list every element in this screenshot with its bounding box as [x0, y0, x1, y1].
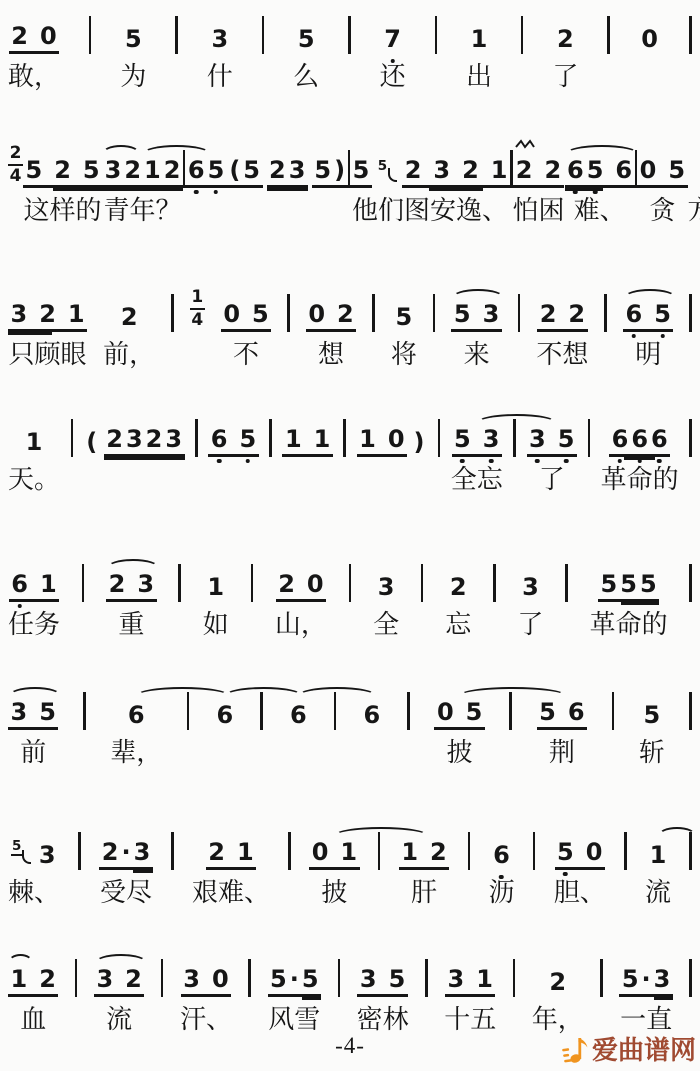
barline: [509, 692, 512, 730]
note-column: 56荆: [537, 684, 587, 768]
note-column: 05贪: [637, 142, 687, 226]
note-group: 61: [9, 556, 59, 602]
barline: [175, 16, 178, 54]
note-chars: (5: [227, 158, 263, 188]
note-part: 21: [206, 840, 256, 870]
music-note-icon: [561, 1034, 589, 1064]
note-part: 31: [445, 967, 495, 997]
note-digit: 6: [209, 427, 229, 451]
time-signature: 24: [8, 142, 23, 226]
note-digit: 6: [650, 427, 670, 451]
note-chars: 23: [106, 572, 156, 602]
barline: [82, 564, 85, 602]
lyric: 斩: [639, 738, 665, 768]
note-group: 22: [537, 286, 587, 332]
barline: [607, 16, 610, 54]
note-chars: 3: [375, 575, 397, 602]
note-digit: 3: [481, 427, 501, 451]
barline: [521, 16, 524, 54]
note-column: 3全: [373, 556, 399, 640]
note-group: 5: [393, 286, 415, 332]
note-part: 5·3: [619, 967, 673, 997]
note-chars: 656: [565, 158, 635, 188]
note-group: 12: [8, 951, 58, 997]
note-digit: 6: [630, 427, 650, 451]
note-column: 321只顾眼: [8, 286, 87, 370]
note-column: 6沥: [488, 824, 514, 908]
note-chars: 3: [36, 843, 58, 870]
note-part: 11: [282, 427, 332, 457]
note-part: 2: [547, 970, 569, 997]
note-digit: 2: [336, 302, 356, 326]
note-digit: 1: [283, 427, 303, 451]
note-column: 656难、: [565, 142, 635, 226]
note-part: 2321: [402, 158, 510, 188]
note-chars: 53: [452, 427, 502, 457]
note-part: 61: [9, 572, 59, 602]
note-column: 5·3一直: [619, 951, 673, 1035]
barline: [689, 294, 692, 332]
note-part: 6: [491, 843, 513, 870]
note-part: 65: [185, 158, 226, 188]
note-group: 5: [641, 684, 663, 730]
barline: [260, 692, 263, 730]
note-column: 2·3受尽: [99, 824, 153, 908]
note-group: 05: [637, 142, 687, 188]
note-digit: 1: [489, 158, 509, 182]
score-line: 1天。(2323651110)53全忘35了666革命的: [8, 411, 692, 495]
note-digit: 2: [10, 24, 30, 48]
note-part: 56: [537, 700, 587, 730]
note-part: 23: [267, 158, 308, 188]
note-chars: 1: [468, 27, 490, 54]
note-digit: 2: [123, 158, 143, 182]
note-column: 1天。: [8, 411, 60, 495]
note-group: 5: [295, 8, 317, 54]
note-group: 56: [537, 684, 587, 730]
note-group: 2: [447, 556, 469, 602]
barline: [171, 294, 174, 332]
lyric: 出: [466, 62, 492, 92]
barline: [171, 832, 174, 870]
note-group: 23: [106, 556, 156, 602]
note-part: 321: [8, 302, 87, 332]
note-part: 656: [565, 158, 635, 188]
note-column: 61任务: [8, 556, 60, 640]
note-digit: 3: [9, 700, 29, 724]
note-chars: 02: [306, 302, 356, 332]
note-digit: 6: [126, 703, 146, 727]
note-chars: 525: [23, 158, 102, 188]
grace-digit: 5: [11, 840, 22, 857]
lyric: 难、: [574, 196, 626, 226]
score-line: 20敢，5为3什5么7还1出2了0: [8, 8, 692, 92]
note-part: 5: [393, 305, 415, 332]
note-part: 20: [276, 572, 326, 602]
note-part: 35: [8, 700, 58, 730]
note-digit: 5: [124, 27, 144, 51]
lyric: 前，: [103, 340, 155, 370]
note-digit: 5: [642, 703, 662, 727]
note-group: 53: [452, 411, 502, 457]
note-digit: 5: [619, 572, 639, 596]
note-digit: 2: [567, 302, 587, 326]
note-digit: 0: [39, 24, 59, 48]
note-group: 10): [357, 411, 427, 457]
barline: [288, 832, 291, 870]
lyric: 革命的: [590, 610, 668, 640]
note-column: 10): [357, 411, 427, 495]
note-digit: 6: [492, 843, 512, 867]
note-column: 20敢，: [8, 8, 60, 92]
lyric: 流: [106, 1005, 132, 1035]
note-group: 20: [276, 556, 326, 602]
note-digit: 2: [53, 158, 73, 182]
note-chars: 2323: [104, 427, 185, 457]
barline: [438, 419, 441, 457]
lyric: 天。: [8, 465, 60, 495]
note-column: 5将: [391, 286, 417, 370]
note-digit: 5: [238, 427, 258, 451]
note-group: 6: [214, 684, 236, 730]
note-column: 53全忘: [451, 411, 503, 495]
note-digit: 3: [164, 427, 184, 451]
note-digit: 5: [300, 967, 320, 991]
time-signature-denominator: 4: [10, 168, 22, 185]
note-digit: 3: [358, 967, 378, 991]
note-digit: 5: [251, 302, 271, 326]
note-chars: 3: [209, 27, 231, 54]
note-digit: 3: [103, 158, 123, 182]
note-column: 01披: [309, 824, 359, 908]
note-digit: 1: [475, 967, 495, 991]
lyric: 披: [447, 738, 473, 768]
note-chars: 5): [312, 158, 348, 188]
note-digit: 0: [307, 302, 327, 326]
note-chars: 2: [555, 27, 577, 54]
note-digit: 0: [386, 427, 406, 451]
note-digit: ): [333, 158, 347, 182]
note-chars: 0: [639, 27, 661, 54]
watermark-text: 爱曲谱网: [592, 1030, 696, 1067]
lyric: 全忘: [451, 465, 503, 495]
note-chars: 3212: [102, 158, 183, 188]
note-digit: 2: [38, 302, 58, 326]
note-part: 05: [637, 158, 687, 188]
note-digit: 2: [538, 302, 558, 326]
barline: [161, 959, 164, 997]
note-part: 1: [647, 843, 669, 870]
note-group: 6: [287, 684, 309, 730]
note-digit: 5: [653, 302, 673, 326]
note-column: 22不想: [536, 286, 588, 370]
note-column: 35前: [8, 684, 58, 768]
note-part: 12: [8, 967, 58, 997]
note-part: 525: [23, 158, 102, 188]
barline: [425, 959, 428, 997]
lyric: 不: [233, 340, 259, 370]
note-digit: 0: [310, 840, 330, 864]
lyric: 么: [293, 62, 319, 92]
note-part: 3: [375, 575, 397, 602]
barline: [689, 959, 692, 997]
note-digit: 6: [610, 427, 630, 451]
note-chars: 53: [451, 302, 501, 332]
note-group: 21: [206, 824, 256, 870]
lyric: 山，: [275, 610, 327, 640]
note-digit: 1: [66, 302, 86, 326]
note-part: 50: [555, 840, 605, 870]
note-group: 12: [399, 824, 449, 870]
note-group: 3: [209, 8, 231, 54]
note-digit: 5: [620, 967, 640, 991]
barline: [518, 294, 521, 332]
barline: [338, 959, 341, 997]
note-part: 5: [641, 703, 663, 730]
note-digit: 3: [481, 302, 501, 326]
note-digit: 5: [464, 700, 484, 724]
lyric: 荆: [549, 738, 575, 768]
note-chars: 22: [513, 158, 563, 188]
note-digit: 5: [538, 700, 558, 724]
note-digit: 0: [305, 572, 325, 596]
note-chars: 1: [647, 843, 669, 870]
note-chars: 30: [181, 967, 231, 997]
note-chars: 2: [547, 970, 569, 997]
note-part: 555: [598, 572, 659, 602]
lyric: 血: [20, 1005, 46, 1035]
note-group: 35: [8, 684, 58, 730]
note-part: 3: [209, 27, 231, 54]
barline: [343, 419, 346, 457]
lyric: 棘、: [8, 878, 60, 908]
note-group: 525: [23, 142, 102, 188]
note-chars: 20: [9, 24, 59, 54]
time-signature-box: 14: [190, 286, 205, 332]
note-chars: 2321: [402, 158, 510, 188]
note-column: 2了: [552, 8, 578, 92]
time-signature-stack: 14: [190, 289, 205, 330]
barline: [433, 294, 436, 332]
note-column: 32流: [94, 951, 144, 1035]
barline: [83, 692, 86, 730]
note-part: 5: [350, 158, 372, 188]
note-part: 53: [452, 427, 502, 457]
note-digit: 5: [296, 27, 316, 51]
score-line: 12血32流30汗、5·5风雪35密林31十五2年，5·3一直: [8, 951, 692, 1035]
barline: [378, 832, 381, 870]
note-chars: 2·3: [99, 840, 153, 870]
lyric: 辈，: [110, 738, 162, 768]
note-part: 65: [208, 427, 258, 457]
note-digit: 3: [287, 158, 307, 182]
barline: [187, 692, 190, 730]
note-column: 2年，: [532, 951, 584, 1035]
note-digit: 5: [556, 427, 576, 451]
note-part: 2: [555, 27, 577, 54]
note-part: 0: [639, 27, 661, 54]
note-digit: 3: [652, 967, 672, 991]
grace-hook-icon: [388, 168, 397, 182]
note-group: 3212: [102, 142, 183, 188]
note-group: 11: [282, 411, 332, 457]
note-digit: 3: [210, 27, 230, 51]
lyric: 明: [635, 340, 661, 370]
note-part: 12: [399, 840, 449, 870]
note-chars: 2: [118, 305, 140, 332]
note-chars: 12: [399, 840, 449, 870]
barline: [468, 832, 471, 870]
note-group: 65: [623, 286, 673, 332]
time-signature-numerator: 2: [10, 145, 22, 162]
note-column: 05披: [434, 684, 484, 768]
note-part: 32: [94, 967, 144, 997]
note-digit: 2: [277, 572, 297, 596]
note-column: 5·5风雪: [268, 951, 322, 1035]
note-digit: 5: [453, 427, 473, 451]
barline: [533, 832, 536, 870]
note-group: 5·3: [619, 951, 673, 997]
note-part: 35: [527, 427, 577, 457]
note-digit: 3: [124, 427, 144, 451]
note-part: 53: [451, 302, 501, 332]
note-chars: 05: [434, 700, 484, 730]
note-group: 7: [382, 8, 404, 54]
note-part: 35: [357, 967, 407, 997]
note-column: 35密林: [357, 951, 409, 1035]
note-part: 65: [623, 302, 673, 332]
barline: [75, 959, 78, 997]
note-chars: 05: [637, 158, 687, 188]
note-part: 6: [125, 703, 147, 730]
lyric: 流: [645, 878, 671, 908]
note-chars: 56: [537, 700, 587, 730]
note-digit: 7: [383, 27, 403, 51]
note-chars: 35: [527, 427, 577, 457]
note-digit: 2: [119, 305, 139, 329]
note-digit: 3: [136, 572, 156, 596]
note-digit: 0: [584, 840, 604, 864]
note-digit: 5: [351, 158, 371, 182]
note-group: (2323: [84, 411, 185, 457]
note-part: 05: [221, 302, 271, 332]
note-digit: 6: [288, 703, 308, 727]
note-digit: 2: [207, 840, 227, 864]
lyric: 前: [20, 738, 46, 768]
note-digit: 6: [566, 158, 586, 182]
note-column: 555革命的: [590, 556, 668, 640]
barline: [334, 692, 337, 730]
note-column: 1流: [645, 824, 671, 908]
note-part: 1: [205, 575, 227, 602]
barline: [78, 832, 81, 870]
barline: [604, 294, 607, 332]
note-column: 53棘、: [8, 824, 60, 908]
note-digit: 2: [461, 158, 481, 182]
note-chars: 5·5: [268, 967, 322, 997]
note-digit: 2: [162, 158, 182, 182]
note-group: 5·5: [268, 951, 322, 997]
barline: [513, 419, 516, 457]
note-chars: 23: [267, 158, 308, 188]
note-chars: 61: [9, 572, 59, 602]
note-column: 666革命的: [601, 411, 679, 495]
note-digit: 3: [132, 840, 152, 864]
note-group: 1: [647, 824, 669, 870]
mordent-icon: [515, 139, 535, 149]
note-digit: 1: [235, 840, 255, 864]
note-digit: 1: [648, 843, 668, 867]
note-digit: 3: [376, 575, 396, 599]
note-column: 20山，: [275, 556, 327, 640]
note-chars: 3: [520, 575, 542, 602]
lyric: 十五: [444, 1005, 496, 1035]
score-line: 53棘、2·3受尽21艰难、01披12肝6沥50胆、1流: [8, 824, 692, 908]
lyric: 了: [539, 465, 565, 495]
note-digit: 5: [24, 158, 44, 182]
note-group: 65: [208, 411, 258, 457]
note-chars: 21: [206, 840, 256, 870]
note-part: 23: [106, 572, 156, 602]
note-chars: 7: [382, 27, 404, 54]
time-signature: 14: [190, 286, 205, 370]
barline: [689, 16, 692, 54]
note-digit: 1: [24, 430, 44, 454]
note-chars: 22: [537, 302, 587, 332]
note-chars: 20: [276, 572, 326, 602]
note-column: 53来: [451, 286, 501, 370]
note-group: 2: [547, 951, 569, 997]
note-group: 35: [357, 951, 407, 997]
note-column: 6辈，: [110, 684, 162, 768]
note-group: 35: [527, 411, 577, 457]
note-column: 2前，: [103, 286, 155, 370]
note-group: 53: [10, 824, 58, 870]
lyric: 想: [318, 340, 344, 370]
note-part: 6: [214, 703, 236, 730]
note-chars: 12: [8, 967, 58, 997]
note-part: 01: [309, 840, 359, 870]
score-sheet: 20敢，5为3什5么7还1出2了024525这样的3212青年？65(5235)…: [0, 0, 700, 1071]
note-part: 5): [312, 158, 348, 188]
note-part: 2: [118, 305, 140, 332]
note-column: 552321他们图安逸、: [350, 142, 510, 226]
note-group: 32: [94, 951, 144, 997]
note-column: 65明: [623, 286, 673, 370]
note-chars: 2: [447, 575, 469, 602]
note-column: 23重: [106, 556, 156, 640]
lyric: 肝: [411, 878, 437, 908]
barline: [348, 16, 351, 54]
note-digit: 3: [9, 302, 29, 326]
note-part: 1: [468, 27, 490, 54]
lyric: 任务: [8, 610, 60, 640]
note-column: 3了: [517, 556, 543, 640]
note-chars: 6: [214, 703, 236, 730]
note-digit: 3: [446, 967, 466, 991]
note-column: 65: [185, 142, 226, 226]
note-group: 53: [451, 286, 501, 332]
note-part: 2: [447, 575, 469, 602]
note-column: 31十五: [444, 951, 496, 1035]
note-chars: 5: [393, 305, 415, 332]
note-part: 6: [361, 703, 383, 730]
note-chars: 35: [357, 967, 407, 997]
note-digit: 2: [268, 158, 288, 182]
note-digit: 2: [448, 575, 468, 599]
note-digit: 2: [556, 27, 576, 51]
note-part: 3: [36, 843, 58, 870]
